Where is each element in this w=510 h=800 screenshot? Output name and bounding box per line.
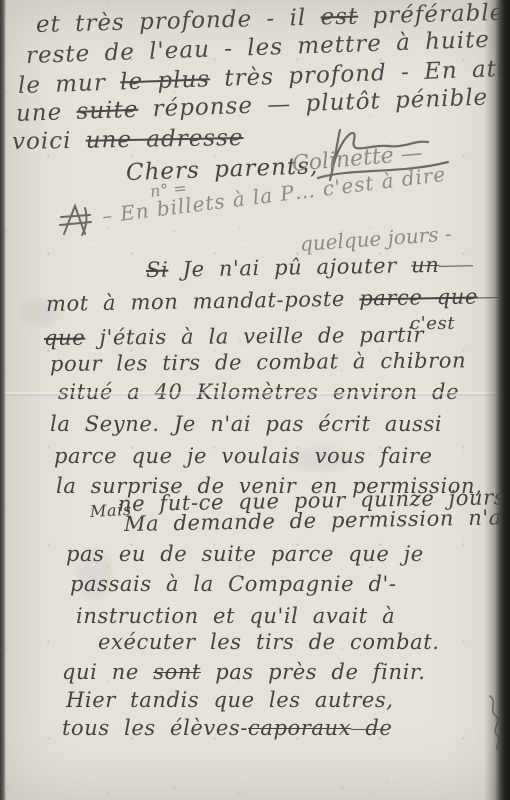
letter-line-7: parce que je voulais vous faire [54,444,433,468]
scrawl-text: une [16,99,77,127]
monogram-mark [58,202,96,238]
letter-text: j'étais à la veille de partir [85,323,424,350]
page-edge-right [484,0,510,800]
letter-line-15: qui ne sont pas près de finir. [62,660,426,684]
scrawl-text: et très profonde - il [36,5,321,38]
page-edge-left [0,0,6,800]
struck-word: que [44,326,85,350]
letter-line-12: passais à la Compagnie d'- [70,572,397,596]
crossed-word: caporaux [248,716,351,740]
letter-line-6: la Seyne. Je n'ai pas écrit aussi [50,412,442,436]
paper-stain [290,448,354,470]
letter-text: mot à mon mandat-poste [46,287,360,316]
struck-word: le plus [120,66,211,95]
letter-text: pour les tirs de combat à chibron [50,348,466,376]
letter-text: Hier tandis que les autres, [66,688,394,712]
letter-line-3: que j'étais à la veille de partir [44,323,424,350]
struck-word: parce que [359,284,478,310]
scrawl-line-5: voici une adresse [12,125,244,155]
letter-text: parce que je voulais vous faire [54,444,433,468]
struck-word: est [320,4,358,31]
struck-word: une adresse [86,125,244,154]
scrawl-text: voici [12,128,86,155]
letter-text: de [351,716,392,740]
letter-text: exécuter les tirs de combat. [98,630,440,654]
scrawl-text: le mur [18,69,121,99]
letter-line-13: instruction et qu'il avait à [76,604,395,628]
struck-word: Si [146,258,169,282]
letter-line-11: pas eu de suite parce que je [66,542,424,566]
letter-text: pas eu de suite parce que je [66,542,424,566]
letter-line-14: exécuter les tirs de combat. [98,630,440,654]
letter-text: pas près de finir. [201,660,426,684]
letter-text: instruction et qu'il avait à [76,604,395,628]
letter-line-1: Si Je n'ai pû ajouter un [146,253,440,282]
paper-crease [0,392,510,396]
letter-page-scan: et très profonde - il est préférable qu'… [0,0,510,800]
paper-stain [78,548,112,600]
letter-line-16: Hier tandis que les autres, [66,688,394,712]
letter-line-17: tous les élèves-caporaux de [62,716,392,740]
letter-text: qui ne [62,660,153,684]
crossed-word: un [411,253,440,277]
letter-line-4: pour les tirs de combat à chibron [50,348,466,376]
pencil-note-line-2: quelque jours - [299,221,452,256]
letter-text: passais à la Compagnie d'- [70,572,397,596]
paper-stain [20,300,60,326]
letter-text: la Seyne. Je n'ai pas écrit aussi [50,412,442,436]
letter-line-2: mot à mon mandat-poste parce que [46,284,478,316]
crossed-word: sont [153,660,201,684]
letter-text: Je n'ai pû ajouter [168,253,411,281]
letter-text: tous les élèves- [62,716,248,740]
pencil-word: quelque jours - [299,221,452,256]
struck-word: suite [76,97,139,125]
